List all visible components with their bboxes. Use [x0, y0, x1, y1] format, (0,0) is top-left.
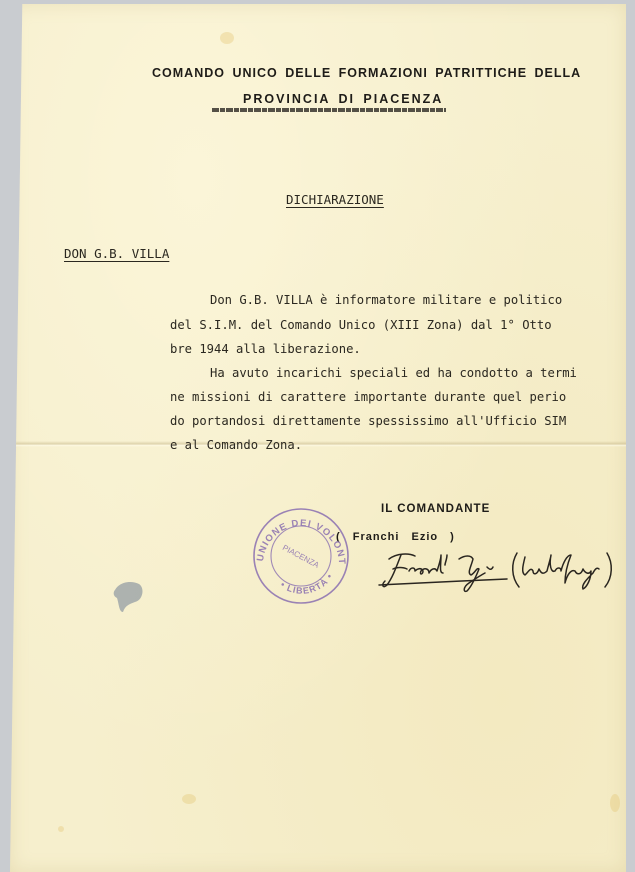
ink-blot — [111, 578, 145, 614]
signatory-name: ( Franchi Ezio ) — [336, 531, 455, 543]
document-title: DICHIARAZIONE — [286, 192, 384, 207]
paper-stain — [58, 826, 64, 832]
header-organization: COMANDO UNICO DELLE FORMAZIONI PATRITTIC… — [152, 66, 581, 80]
header-underline — [212, 108, 446, 112]
stamp-seal-icon: UNIONE DEI VOLONTARI DELLA • LIBERTÀ • P… — [249, 506, 353, 606]
header-province: PROVINCIA DI PIACENZA — [243, 92, 443, 106]
signatory-role: IL COMANDANTE — [381, 503, 490, 515]
paper-stain — [610, 794, 620, 812]
body-line: del S.I.M. del Comando Unico (XIII Zona)… — [170, 318, 552, 332]
handwritten-signature — [375, 545, 625, 597]
body-line: do portandosi direttamente spessissimo a… — [170, 414, 566, 428]
body-line: Ha avuto incarichi speciali ed ha condot… — [210, 366, 577, 380]
paper-stain — [220, 32, 234, 44]
body-line: ne missioni di carattere importante dura… — [170, 390, 566, 404]
body-line: bre 1944 alla liberazione. — [170, 342, 361, 356]
svg-text:• LIBERTÀ •: • LIBERTÀ • — [279, 571, 335, 596]
body-line: e al Comando Zona. — [170, 438, 302, 452]
addressee: DON G.B. VILLA — [64, 246, 169, 261]
fold-crease — [10, 441, 626, 447]
svg-text:PIACENZA: PIACENZA — [281, 543, 321, 570]
document-paper — [10, 4, 626, 872]
paper-stain — [182, 794, 196, 804]
body-line: Don G.B. VILLA è informatore militare e … — [210, 293, 562, 307]
